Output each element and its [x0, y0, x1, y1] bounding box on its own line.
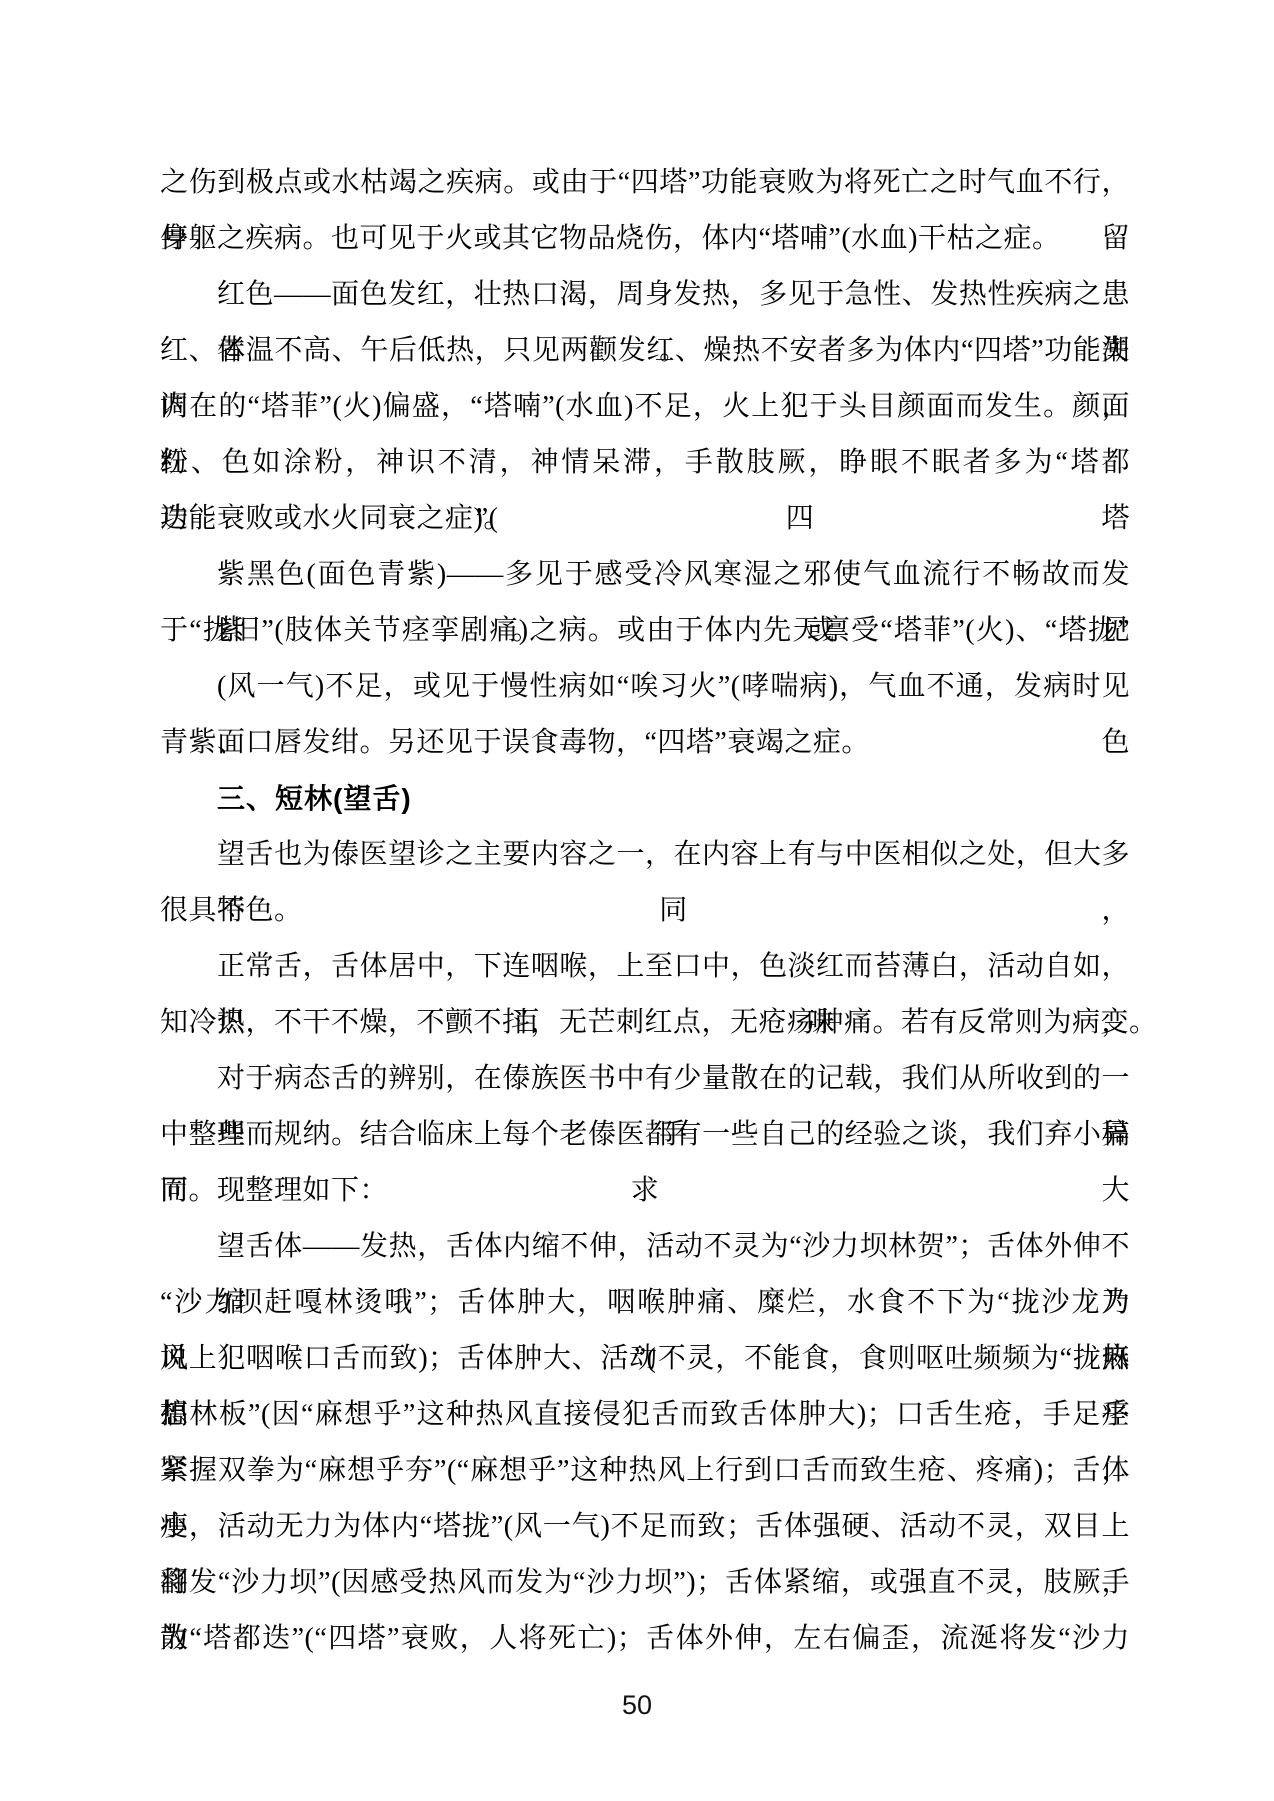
section-heading: 三、短林(望舌)	[160, 771, 1130, 827]
text-line: 对于病态舌的辨别，在傣族医书中有少量散在的记载，我们从所收到的一些手稿	[160, 1051, 1130, 1107]
text-line: 将发“沙力坝”(因感受热风而发为“沙力坝”)；舌体紧缩，或强直不灵，肢厥手散	[160, 1555, 1130, 1611]
text-line: 中整理而规纳。结合临床上每个老傣医都有一些自己的经验之谈，我们弃小异而求大	[160, 1107, 1130, 1163]
text-lines: 之伤到极点或水枯竭之疾病。或由于“四塔”功能衰败为将死亡之时气血不行，停留身躯之…	[160, 155, 1130, 1667]
text-line: 紫黑色(面色青紫)——多见于感受冷风寒湿之邪使气血流行不畅故而发紫。或见	[160, 547, 1130, 603]
text-line: 知冷热，不干不燥，不颤不抖，无芒刺红点，无疮疡肿痛。若有反常则为病变。	[160, 995, 1130, 1051]
text-line: 内在的“塔菲”(火)偏盛，“塔喃”(水血)不足，火上犯于头目颜面而发生。颜面粉	[160, 379, 1130, 435]
text-line: 于“拢旧”(肢体关节痉挛剧痛)之病。或由于体内先天禀受“塔菲”(火)、“塔拢”	[160, 603, 1130, 659]
page-number: 50	[0, 1688, 1274, 1722]
text-line: 正常舌，舌体居中，下连咽喉，上至口中，色淡红而苔薄白，活动自如，识百味，	[160, 939, 1130, 995]
text-line: 红、体温不高、午后低热，只见两颧发红、燥热不安者多为体内“四塔”功能失调，	[160, 323, 1130, 379]
text-line: 风上犯咽喉口舌而致)；舌体肿大、活动不灵，不能食，食则呕吐频频为“拢麻想乎	[160, 1331, 1130, 1387]
text-line: 红、色如涂粉，神识不清，神情呆滞，手散肢厥，睁眼不眠者多为“塔都迭”(四塔	[160, 435, 1130, 491]
text-line: 身躯之疾病。也可见于火或其它物品烧伤，体内“塔哺”(水血)干枯之症。	[160, 211, 1130, 267]
text-line: (风一气)不足，或见于慢性病如“唉习火”(哮喘病)，气血不通，发病时见面色	[160, 659, 1130, 715]
text-line: 小，活动无力为体内“塔拢”(风一气)不足而致；舌体强硬、活动不灵，双目上翻，	[160, 1499, 1130, 1555]
text-line: 为“塔都迭”(“四塔”衰败，人将死亡)；舌体外伸，左右偏歪，流涎将发“沙力	[160, 1611, 1130, 1667]
text-line: 望舌也为傣医望诊之主要内容之一，在内容上有与中医相似之处，但大多不同，	[160, 827, 1130, 883]
text-line: “沙力坝赶嘎林烫哦”；舌体肿大，咽喉肿痛、糜烂，水食不下为“拢沙龙乃说”(热	[160, 1275, 1130, 1331]
document-page: 之伤到极点或水枯竭之疾病。或由于“四塔”功能衰败为将死亡之时气血不行，停留身躯之…	[0, 0, 1274, 1801]
text-line: 望舌体——发热，舌体内缩不伸，活动不灵为“沙力坝林贺”；舌体外伸不缩为	[160, 1219, 1130, 1275]
text-line: 之伤到极点或水枯竭之疾病。或由于“四塔”功能衰败为将死亡之时气血不行，停留	[160, 155, 1130, 211]
text-line: 红色——面色发红，壮热口渴，周身发热，多见于急性、发热性疾病之患者。潮	[160, 267, 1130, 323]
text-line: 紧握双拳为“麻想乎夯”(“麻想乎”这种热风上行到口舌而致生疮、疼痛)；舌体瘦	[160, 1443, 1130, 1499]
text-line: 搞林板”(因“麻想乎”这种热风直接侵犯舌而致舌体肿大)；口舌生疮，手足痉挛，	[160, 1387, 1130, 1443]
